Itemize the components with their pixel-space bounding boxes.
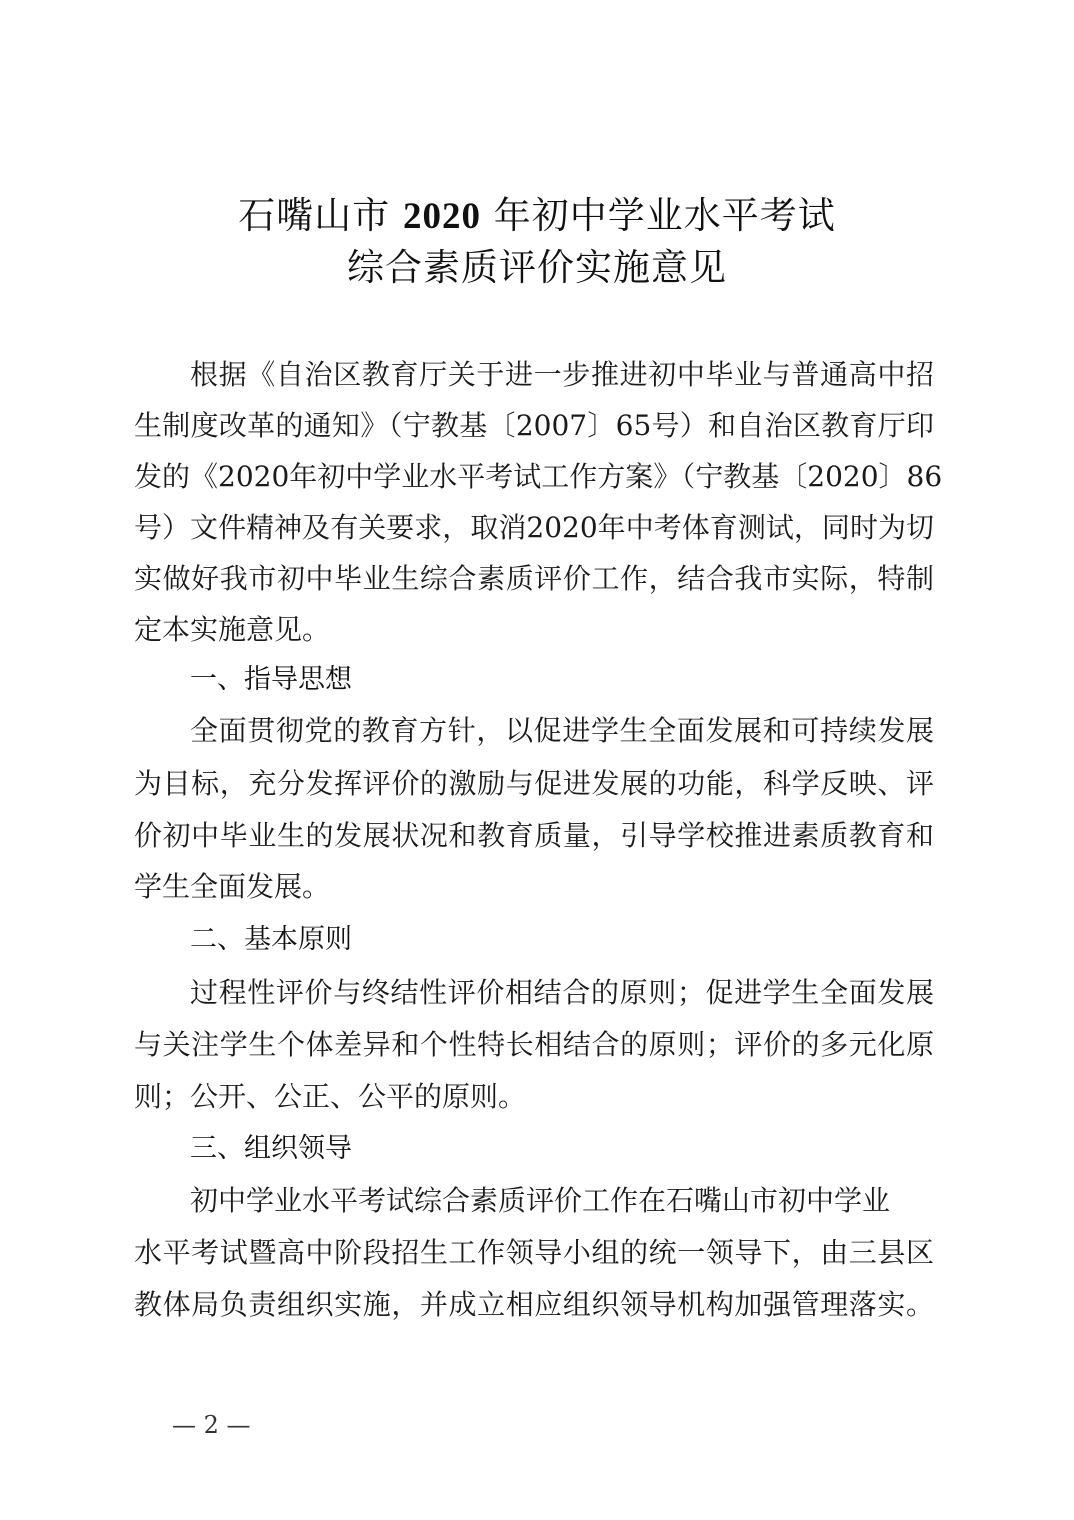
section-1-line: 全面贯彻党的教育方针，以促进学生全面发展和可持续发展 xyxy=(190,713,934,749)
intro-line: 定本实施意见。 xyxy=(134,612,934,648)
section-heading-basic-principles: 二、基本原则 xyxy=(190,922,352,958)
title-prefix: 石嘴山市 xyxy=(238,194,403,237)
section-heading-guiding-ideology: 一、指导思想 xyxy=(190,662,352,698)
document-page: 石嘴山市 2020 年初中学业水平考试 综合素质评价实施意见 根据《自治区教育厅… xyxy=(0,0,1074,1520)
intro-line: 号）文件精神及有关要求，取消2020年中考体育测试，同时为切 xyxy=(134,510,934,546)
intro-line: 根据《自治区教育厅关于进一步推进初中毕业与普通高中招 xyxy=(190,357,934,393)
intro-line: 发的《2020年初中学业水平考试工作方案》（宁教基〔2020〕86 xyxy=(134,459,934,495)
title-suffix: 年初中学业水平考试 xyxy=(481,194,836,237)
section-2-line: 与关注学生个体差异和个性特长相结合的原则；评价的多元化原 xyxy=(134,1027,934,1063)
title-year: 2020 xyxy=(403,196,481,237)
document-title-line-1: 石嘴山市 2020 年初中学业水平考试 xyxy=(0,192,1074,241)
document-title-line-2: 综合素质评价实施意见 xyxy=(0,244,1074,292)
section-3-line: 教体局负责组织实施，并成立相应组织领导机构加强管理落实。 xyxy=(134,1287,934,1323)
section-2-line: 过程性评价与终结性评价相结合的原则；促进学生全面发展 xyxy=(190,975,934,1011)
section-1-line: 为目标，充分发挥评价的激励与促进发展的功能，科学反映、评 xyxy=(134,766,934,802)
section-1-line: 学生全面发展。 xyxy=(134,869,934,905)
section-3-line: 水平考试暨高中阶段招生工作领导小组的统一领导下，由三县区 xyxy=(134,1235,934,1271)
intro-line: 生制度改革的通知》（宁教基〔2007〕65号）和自治区教育厅印 xyxy=(134,408,934,444)
section-2-line: 则；公开、公正、公平的原则。 xyxy=(134,1079,934,1115)
intro-line: 实做好我市初中毕业生综合素质评价工作，结合我市实际，特制 xyxy=(134,561,934,597)
section-3-line: 初中学业水平考试综合素质评价工作在石嘴山市初中学业 xyxy=(190,1183,934,1219)
page-number: — 2 — xyxy=(172,1410,251,1440)
section-heading-organization-leadership: 三、组织领导 xyxy=(190,1131,352,1167)
section-1-line: 价初中毕业生的发展状况和教育质量，引导学校推进素质教育和 xyxy=(134,818,934,854)
